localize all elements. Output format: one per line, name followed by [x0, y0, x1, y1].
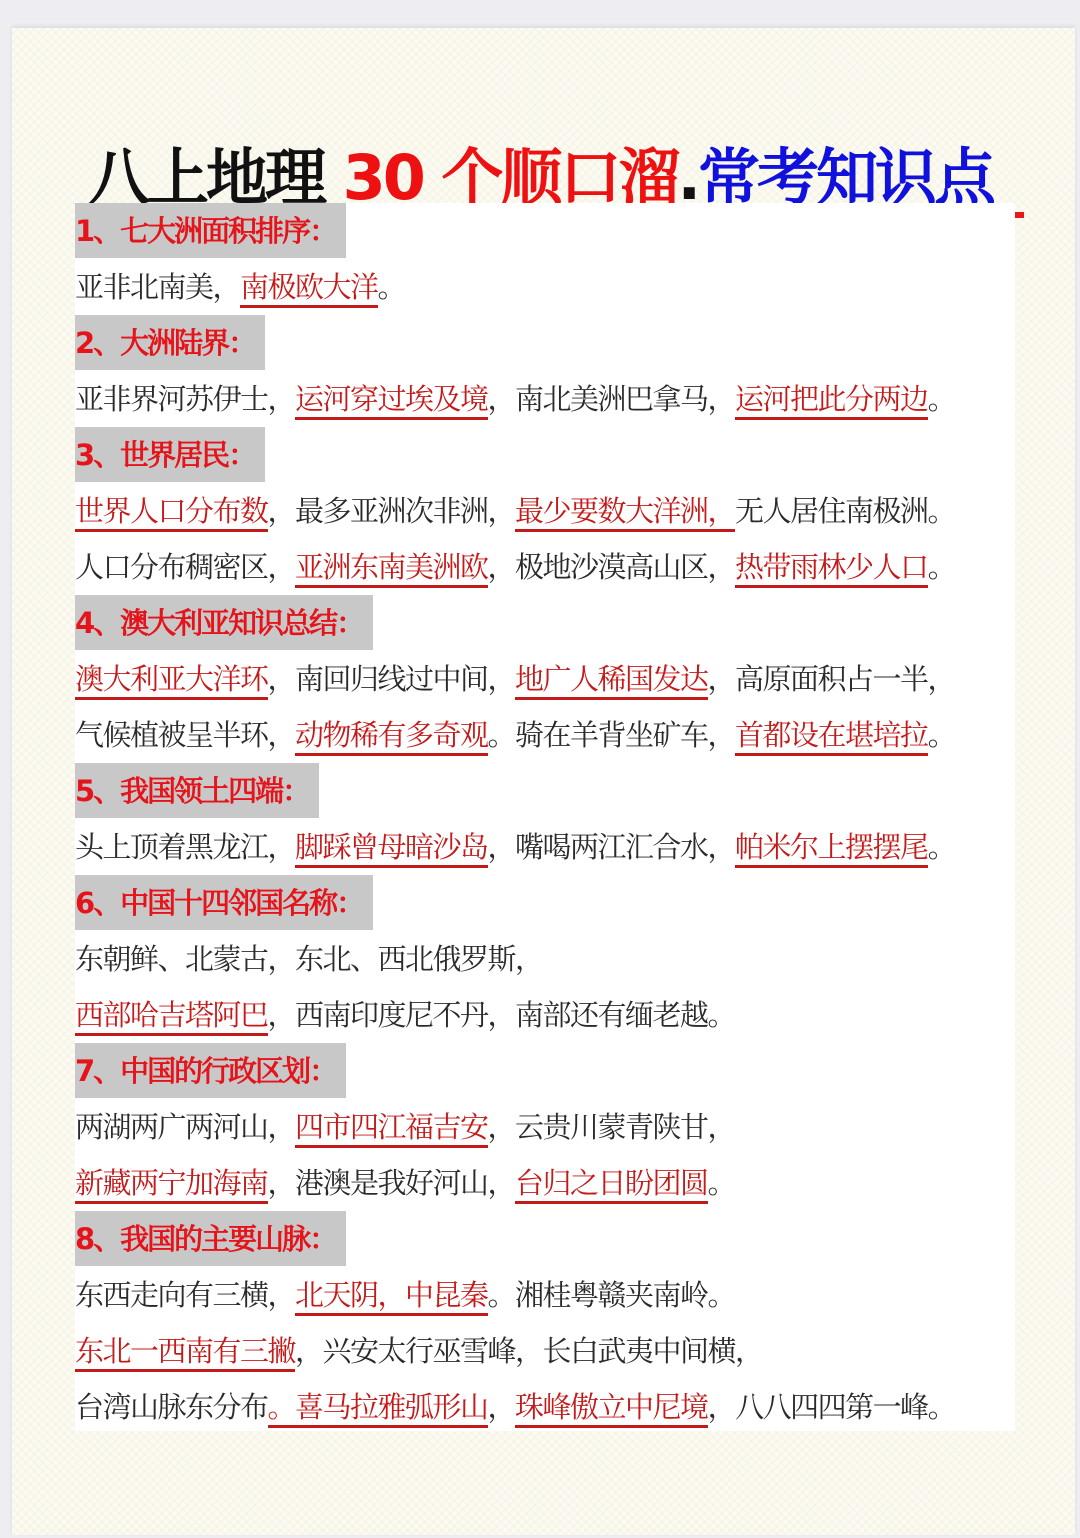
highlighted-phrase: 热带雨林少人口: [735, 550, 928, 588]
verse-text: 。湘桂粤赣夹南岭。: [488, 1278, 736, 1312]
verse-text: ，南回归线过中间，: [268, 662, 516, 696]
section-header: 7、中国的行政区划：: [75, 1043, 346, 1098]
verse-line: 亚非界河苏伊士，运河穿过埃及境，南北美洲巴拿马，运河把此分两边。: [75, 371, 1015, 427]
highlighted-phrase: 帕米尔上摆摆尾: [735, 830, 928, 868]
verse-line: 新藏两宁加海南，港澳是我好河山，台归之日盼团圆。: [75, 1155, 1015, 1211]
verse-line: 东西走向有三横，北天阴，中昆秦。湘桂粤赣夹南岭。: [75, 1267, 1015, 1323]
highlighted-phrase: 北天阴，中昆秦: [295, 1278, 488, 1316]
content-body: 1、七大洲面积排序：亚非北南美，南极欧大洋。2、大洲陆界：亚非界河苏伊士，运河穿…: [75, 203, 1015, 1431]
verse-text: 人口分布稠密区，: [75, 550, 295, 584]
verse-text: 头上顶着黑龙江，: [75, 830, 295, 864]
section-header: 8、我国的主要山脉：: [75, 1211, 346, 1266]
verse-line: 两湖两广两河山，四市四江福吉安，云贵川蒙青陕甘，: [75, 1099, 1015, 1155]
section-header-row: 2、大洲陆界：: [75, 315, 1015, 371]
highlighted-phrase: 运河穿过埃及境: [295, 382, 488, 420]
verse-text: 东西走向有三横，: [75, 1278, 295, 1312]
verse-text: ，: [488, 1390, 516, 1424]
verse-line: 气候植被呈半环，动物稀有多奇观。骑在羊背坐矿车，首都设在堪培拉。: [75, 707, 1015, 763]
highlighted-phrase: 动物稀有多奇观: [295, 718, 488, 756]
verse-line: 东朝鲜、北蒙古，东北、西北俄罗斯，: [75, 931, 1015, 987]
verse-text: ，嘴喝两江汇合水，: [488, 830, 736, 864]
highlighted-phrase: 地广人稀国发达: [515, 662, 708, 700]
verse-text: 。: [928, 550, 956, 584]
verse-line: 亚非北南美，南极欧大洋。: [75, 259, 1015, 315]
highlighted-phrase: 新藏两宁加海南: [75, 1166, 268, 1204]
verse-text: 。: [708, 1166, 736, 1200]
verse-text: ，南北美洲巴拿马，: [488, 382, 736, 416]
verse-text: 亚非界河苏伊士，: [75, 382, 295, 416]
highlighted-phrase: 。喜马拉雅弧形山: [268, 1390, 488, 1428]
section-header-row: 8、我国的主要山脉：: [75, 1211, 1015, 1267]
verse-text: 两湖两广两河山，: [75, 1110, 295, 1144]
verse-text: ，港澳是我好河山，: [268, 1166, 516, 1200]
highlighted-phrase: 运河把此分两边: [735, 382, 928, 420]
verse-line: 头上顶着黑龙江，脚踩曾母暗沙岛，嘴喝两江汇合水，帕米尔上摆摆尾。: [75, 819, 1015, 875]
verse-text: 。: [378, 270, 406, 304]
verse-line: 台湾山脉东分布。喜马拉雅弧形山，珠峰傲立中尼境，八八四四第一峰。: [75, 1379, 1015, 1435]
highlighted-phrase: 台归之日盼团圆: [515, 1166, 708, 1204]
section-header: 1、七大洲面积排序：: [75, 203, 346, 258]
verse-text: ，极地沙漠高山区，: [488, 550, 736, 584]
verse-text: ，最多亚洲次非洲，: [268, 494, 516, 528]
highlighted-phrase: 世界人口分布数: [75, 494, 268, 532]
verse-line: 人口分布稠密区，亚洲东南美洲欧，极地沙漠高山区，热带雨林少人口。: [75, 539, 1015, 595]
verse-text: ，西南印度尼不丹，南部还有缅老越。: [268, 998, 736, 1032]
highlighted-phrase: 东北一西南有三撇: [75, 1334, 295, 1372]
verse-text: ，云贵川蒙青陕甘，: [488, 1110, 736, 1144]
verse-text: 东朝鲜、北蒙古，东北、西北俄罗斯，: [75, 942, 543, 976]
verse-text: 气候植被呈半环，: [75, 718, 295, 752]
section-header-row: 1、七大洲面积排序：: [75, 203, 1015, 259]
section-header-row: 4、澳大利亚知识总结：: [75, 595, 1015, 651]
verse-text: ，八八四四第一峰。: [708, 1390, 956, 1424]
section-header-row: 7、中国的行政区划：: [75, 1043, 1015, 1099]
verse-text: ，兴安太行巫雪峰，长白武夷中间横，: [295, 1334, 763, 1368]
section-header: 3、世界居民：: [75, 427, 265, 482]
verse-text: 。: [928, 718, 956, 752]
section-header: 6、中国十四邻国名称：: [75, 875, 373, 930]
highlighted-phrase: 珠峰傲立中尼境: [515, 1390, 708, 1428]
highlighted-phrase: 首都设在堪培拉: [735, 718, 928, 756]
verse-line: 世界人口分布数，最多亚洲次非洲，最少要数大洋洲，无人居住南极洲。: [75, 483, 1015, 539]
verse-text: 台湾山脉东分布: [75, 1390, 268, 1424]
section-header: 4、澳大利亚知识总结：: [75, 595, 373, 650]
highlighted-phrase: 四市四江福吉安: [295, 1110, 488, 1148]
verse-text: 。: [928, 830, 956, 864]
verse-text: 亚非北南美，: [75, 270, 240, 304]
verse-line: 东北一西南有三撇，兴安太行巫雪峰，长白武夷中间横，: [75, 1323, 1015, 1379]
section-header-row: 6、中国十四邻国名称：: [75, 875, 1015, 931]
highlighted-phrase: 西部哈吉塔阿巴: [75, 998, 268, 1036]
verse-line: 澳大利亚大洋环，南回归线过中间，地广人稀国发达，高原面积占一半，: [75, 651, 1015, 707]
section-header: 2、大洲陆界：: [75, 315, 265, 370]
verse-text: 无人居住南极洲。: [735, 494, 955, 528]
verse-text: 。骑在羊背坐矿车，: [488, 718, 736, 752]
highlighted-phrase: 脚踩曾母暗沙岛: [295, 830, 488, 868]
verse-line: 西部哈吉塔阿巴，西南印度尼不丹，南部还有缅老越。: [75, 987, 1015, 1043]
section-header-row: 5、我国领土四端：: [75, 763, 1015, 819]
section-header: 5、我国领土四端：: [75, 763, 319, 818]
highlighted-phrase: 澳大利亚大洋环: [75, 662, 268, 700]
highlighted-phrase: 最少要数大洋洲，: [515, 494, 735, 532]
verse-text: 。: [928, 382, 956, 416]
verse-text: ，高原面积占一半，: [708, 662, 956, 696]
section-header-row: 3、世界居民：: [75, 427, 1015, 483]
highlighted-phrase: 亚洲东南美洲欧: [295, 550, 488, 588]
highlighted-phrase: 南极欧大洋: [240, 270, 378, 308]
